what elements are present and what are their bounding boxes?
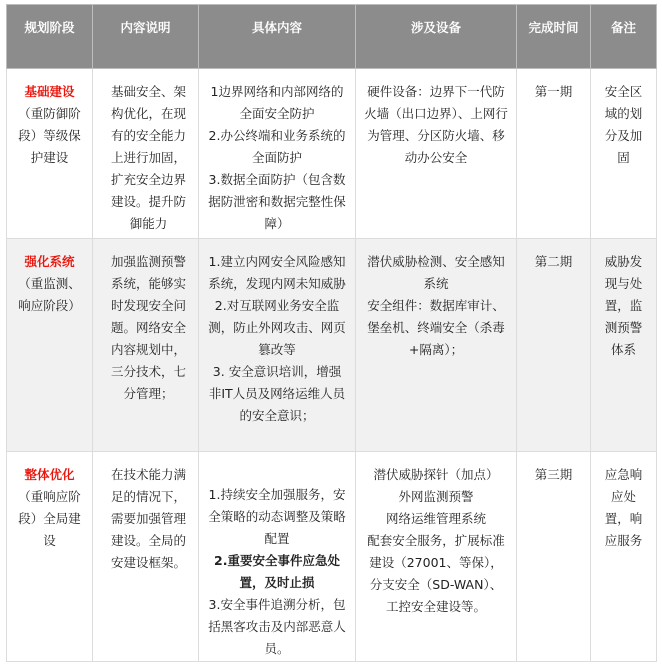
- content-item: 2.办公终端和业务系统的全面防护: [207, 125, 347, 169]
- security-plan-table: 规划阶段 内容说明 具体内容 涉及设备 完成时间 备注 基础建设 （重防御阶段）…: [6, 4, 657, 662]
- content-item-emphasized: 2.重要安全事件应急处置，及时止损: [207, 550, 347, 594]
- content-cell: 1边界网络和内部网络的全面安全防护 2.办公终端和业务系统的全面防护 3.数据全…: [199, 69, 356, 239]
- note-cell: 威胁发现与处置，监测预警体系: [591, 239, 657, 452]
- content-item: 3.数据全面防护（包含数据防泄密和数据完整性保障）: [207, 169, 347, 235]
- header-devices: 涉及设备: [356, 5, 517, 69]
- phase-cell: 整体优化 （重响应阶段）全局建设: [7, 452, 93, 662]
- note-cell: 安全区域的划分及加固: [591, 69, 657, 239]
- phase-name: 整体优化: [15, 464, 84, 486]
- period-cell: 第一期: [517, 69, 591, 239]
- device-item: 外网监测预警: [364, 486, 508, 508]
- phase-cell: 强化系统 （重监测、响应阶段）: [7, 239, 93, 452]
- devices-cell: 潜伏威胁探针（加点） 外网监测预警 网络运维管理系统 配套安全服务，扩展标准建设…: [356, 452, 517, 662]
- description-cell: 基础安全、架构优化，在现有的安全能力上进行加固，扩充安全边界建设。提升防御能力: [93, 69, 199, 239]
- phase-detail: （重响应阶段）全局建设: [15, 486, 84, 552]
- device-item: 网络运维管理系统: [364, 508, 508, 530]
- note-cell: 应急响应处置，响应服务: [591, 452, 657, 662]
- phase-cell: 基础建设 （重防御阶段）等级保护建设: [7, 69, 93, 239]
- content-item: 2.对互联网业务安全监测，防止外网攻击、网页篡改等: [207, 295, 347, 361]
- devices-cell: 硬件设备：边界下一代防火墙（出口边界）、上网行为管理、分区防火墙、移动办公安全: [356, 69, 517, 239]
- device-item: 安全组件：数据库审计、堡垒机、终端安全（杀毒+隔离）；: [364, 295, 508, 361]
- header-period: 完成时间: [517, 5, 591, 69]
- phase-name: 强化系统: [15, 251, 84, 273]
- content-cell: 1.建立内网安全风险感知系统，发现内网未知威胁 2.对互联网业务安全监测，防止外…: [199, 239, 356, 452]
- description-cell: 在技术能力满足的情况下，需要加强管理建设。全局的安建设框架。: [93, 452, 199, 662]
- content-item: 1.持续安全加强服务，安全策略的动态调整及策略配置: [207, 484, 347, 550]
- phase-detail: （重监测、响应阶段）: [15, 273, 84, 317]
- phase-name: 基础建设: [15, 81, 84, 103]
- header-content: 具体内容: [199, 5, 356, 69]
- content-item: 1边界网络和内部网络的全面安全防护: [207, 81, 347, 125]
- table-header-row: 规划阶段 内容说明 具体内容 涉及设备 完成时间 备注: [7, 5, 657, 69]
- device-item: 潜伏威胁检测、安全感知系统: [364, 251, 508, 295]
- header-description: 内容说明: [93, 5, 199, 69]
- device-item: 硬件设备：边界下一代防火墙（出口边界）、上网行为管理、分区防火墙、移动办公安全: [364, 81, 508, 169]
- header-phase: 规划阶段: [7, 5, 93, 69]
- content-cell: 1.持续安全加强服务，安全策略的动态调整及策略配置 2.重要安全事件应急处置，及…: [199, 452, 356, 662]
- description-cell: 加强监测预警系统，能够实时发现安全问题。网络安全内容规划中，三分技术，七分管理；: [93, 239, 199, 452]
- content-item: 3. 安全意识培训，增强非IT人员及网络运维人员的安全意识；: [207, 361, 347, 427]
- header-note: 备注: [591, 5, 657, 69]
- content-item: 3.安全事件追溯分析，包括黑客攻击及内部恶意人员。: [207, 594, 347, 660]
- table-row: 整体优化 （重响应阶段）全局建设 在技术能力满足的情况下，需要加强管理建设。全局…: [7, 452, 657, 662]
- devices-cell: 潜伏威胁检测、安全感知系统 安全组件：数据库审计、堡垒机、终端安全（杀毒+隔离）…: [356, 239, 517, 452]
- device-item: 潜伏威胁探针（加点）: [364, 464, 508, 486]
- period-cell: 第二期: [517, 239, 591, 452]
- content-item: 1.建立内网安全风险感知系统，发现内网未知威胁: [207, 251, 347, 295]
- device-item: 配套安全服务，扩展标准建设（27001、等保），分支安全（SD-WAN）、工控安…: [364, 530, 508, 618]
- period-cell: 第三期: [517, 452, 591, 662]
- table-row: 强化系统 （重监测、响应阶段） 加强监测预警系统，能够实时发现安全问题。网络安全…: [7, 239, 657, 452]
- table-row: 基础建设 （重防御阶段）等级保护建设 基础安全、架构优化，在现有的安全能力上进行…: [7, 69, 657, 239]
- phase-detail: （重防御阶段）等级保护建设: [15, 103, 84, 169]
